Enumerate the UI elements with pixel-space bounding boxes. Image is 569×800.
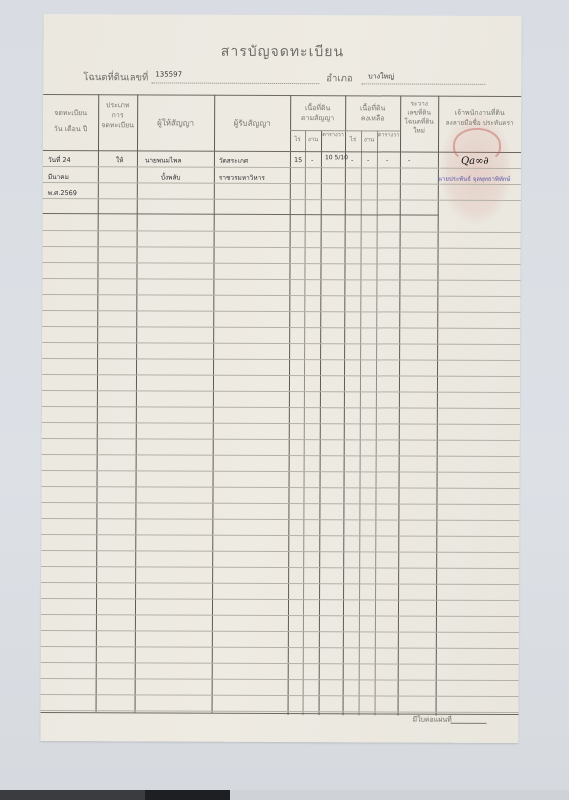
col-divider [135, 94, 139, 712]
contract-wa: 10 5/10 [325, 154, 348, 161]
ruled-line [41, 614, 519, 617]
district-value: บางใหญ่ [368, 71, 394, 82]
unit-ngan: งาน [305, 135, 321, 145]
officer-name-stamp: นายประพันธ์ จุลพุทธาพิทักษ์ [438, 174, 511, 184]
remaining-ngan: - [367, 156, 369, 164]
ruled-line [41, 502, 519, 505]
registration-document: สารบัญจดทะเบียน โฉนดที่ดินเลขที่ 135597 … [40, 14, 521, 743]
ruled-line [41, 518, 519, 521]
header-grantor: ผู้ให้สัญญา [137, 118, 214, 128]
ruled-line [43, 246, 521, 249]
new-deed-value: - [408, 157, 410, 165]
remaining-rai: - [351, 156, 353, 164]
date-month: มีนาคม [48, 172, 69, 182]
ruled-line [41, 598, 519, 601]
contract-rai: 15 [294, 156, 302, 164]
unit-wa: ตารางวา [321, 131, 345, 139]
contract-ngan: - [311, 156, 313, 164]
ruled-line [42, 454, 520, 457]
col-divider [212, 95, 216, 713]
surface [230, 790, 569, 800]
ruled-line [42, 342, 520, 345]
ruled-line [41, 550, 519, 553]
col-divider [288, 95, 292, 715]
ruled-line [42, 310, 520, 313]
col-divider [343, 95, 347, 715]
header-area-contract: เนื้อที่ดินตามสัญญา [290, 103, 345, 123]
unit-rai: ไร่ [345, 135, 361, 145]
ruled-line [42, 486, 520, 489]
ruled-line [41, 662, 519, 665]
ruled-line [42, 422, 520, 425]
deed-label: โฉนดที่ดินเลขที่ [83, 70, 148, 85]
ruled-line [41, 646, 519, 649]
header-type: ประเภทการจดทะเบียน [98, 100, 137, 130]
remaining-wa: - [386, 156, 388, 164]
continuation-sheet-line [450, 723, 486, 724]
ruled-line [42, 374, 520, 377]
ruled-lines [44, 14, 522, 16]
entry-separator [43, 213, 439, 216]
date-year: พ.ศ.2569 [48, 188, 77, 198]
unit-ngan: งาน [361, 135, 377, 145]
unit-rai: ไร่ [290, 135, 305, 145]
ruled-line [41, 582, 519, 585]
deed-number: 135597 [155, 70, 182, 78]
ruled-line [43, 262, 521, 265]
ruled-line [42, 390, 520, 393]
date-day: วันที่ 24 [48, 155, 71, 165]
grantee-name-line2: ราชวรมหาวิหาร [219, 173, 265, 183]
table-top-border [43, 94, 521, 97]
ruled-line [41, 678, 519, 681]
table-row: วันที่ 24 มีนาคม พ.ศ.2569 ให้ นายพนมไพล … [44, 14, 522, 16]
header-area-remaining: เนื้อที่ดินคงเหลือ [345, 103, 400, 123]
ruled-line [42, 278, 520, 281]
col-divider [96, 94, 100, 712]
ruled-line [43, 230, 521, 233]
ruled-line [42, 438, 520, 441]
col-divider [398, 96, 402, 716]
unit-wa: ตารางวา [377, 131, 400, 139]
header-date: จดทะเบียนวัน เดือน ปี [43, 108, 98, 134]
continuation-sheet-label: มีใบต่อแผ่นที่ [412, 715, 451, 726]
registration-type: ให้ [116, 155, 124, 165]
officer-signature: Qa∞∂ [461, 156, 489, 167]
header-grantee: ผู้รับสัญญา [214, 119, 290, 129]
grantee-name: วัดสระเกศ [219, 156, 248, 166]
table-surface-edge [0, 790, 569, 800]
ruled-line [41, 566, 519, 569]
district-line [361, 83, 485, 85]
grantor-surname: บั้งพลับ [161, 172, 181, 182]
ruled-line [42, 406, 520, 409]
ruled-line [42, 470, 520, 473]
header-new-deed: ระวางเลขที่ดินโฉนดที่ดินใหม่ [400, 100, 438, 136]
ruled-line [42, 294, 520, 297]
grantor-name: นายพนมไพล [145, 155, 181, 165]
document-title: สารบัญจดทะเบียน [43, 40, 521, 64]
deed-number-line [151, 82, 319, 84]
ruled-line [42, 326, 520, 329]
col-divider [436, 96, 440, 716]
ruled-line [41, 630, 519, 633]
ruled-line [41, 694, 519, 697]
ruled-line [42, 358, 520, 361]
ruled-line [41, 534, 519, 537]
district-label: อำเภอ [326, 71, 352, 86]
